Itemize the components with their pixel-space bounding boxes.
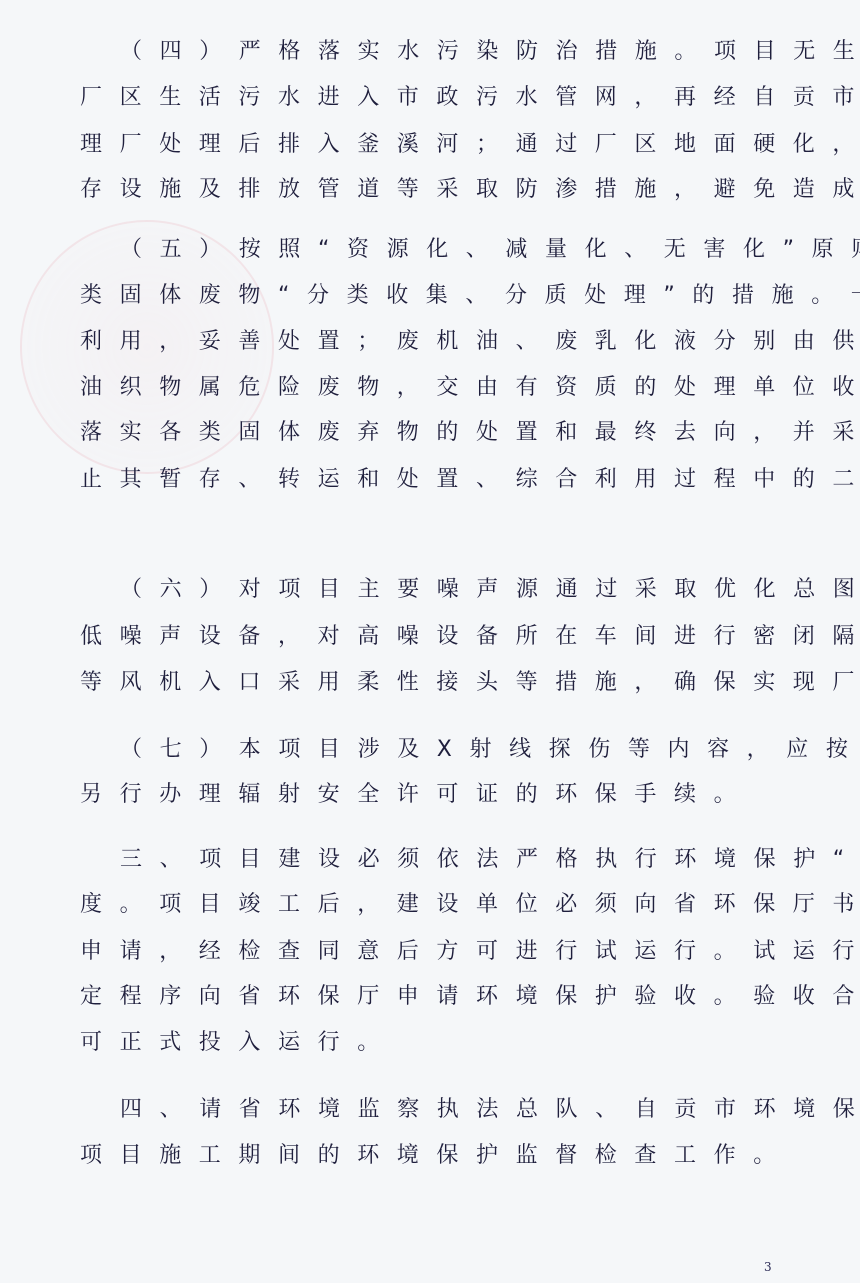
paragraph-5-line-3: 利用，妥善处置；废机油、废乳化液分别由供货商回收；含 bbox=[80, 328, 810, 356]
section-4-line-1: 四、请省环境监察执法总队、自贡市环境保护局负责该 bbox=[120, 1096, 850, 1124]
section-3-line-3: 申请，经检查同意后方可进行试运行。试运行期间必须按规 bbox=[80, 938, 810, 966]
paragraph-6-line-2: 低噪声设备，对高噪设备所在车间进行密闭隔声，对引风机 bbox=[80, 623, 810, 651]
section-3-line-5: 可正式投入运行。 bbox=[80, 1029, 810, 1057]
document-page: （四）严格落实水污染防治措施。项目无生产废水排放， 厂区生活污水进入市政污水管网… bbox=[0, 0, 860, 1283]
paragraph-6-line-1: （六）对项目主要噪声源通过采取优化总图布置，选用 bbox=[120, 576, 850, 604]
paragraph-7-line-1: （七）本项目涉及X射线探伤等内容，应按照相关规定， bbox=[120, 736, 850, 764]
paragraph-5-line-5: 落实各类固体废弃物的处置和最终去向，并采取有效措施防 bbox=[80, 419, 810, 447]
paragraph-6-line-3: 等风机入口采用柔性接头等措施，确保实现厂界达标。 bbox=[80, 669, 810, 697]
section-3-line-1: 三、项目建设必须依法严格执行环境保护“三同时”制 bbox=[120, 846, 850, 874]
paragraph-4-line-3: 理厂处理后排入釜溪河；通过厂区地面硬化，对废水收集暂 bbox=[80, 131, 810, 159]
page-number: 3 bbox=[764, 1260, 772, 1274]
section-4-line-2: 项目施工期间的环境保护监督检查工作。 bbox=[80, 1142, 810, 1170]
section-3-line-4: 定程序向省环保厅申请环境保护验收。验收合格后，项目方 bbox=[80, 983, 810, 1011]
paragraph-5-line-2: 类固体废物“分类收集、分质处理”的措施。一般固废综合 bbox=[80, 282, 810, 310]
paragraph-5-line-6: 止其暂存、转运和处置、综合利用过程中的二次污染。 bbox=[80, 466, 810, 494]
paragraph-4-line-2: 厂区生活污水进入市政污水管网，再经自贡市代家坝污水处 bbox=[80, 84, 810, 112]
section-3-line-2: 度。项目竣工后，建设单位必须向省环保厅书面提交试运行 bbox=[80, 891, 810, 919]
paragraph-7-line-2: 另行办理辐射安全许可证的环保手续。 bbox=[80, 781, 810, 809]
paragraph-4-line-1: （四）严格落实水污染防治措施。项目无生产废水排放， bbox=[120, 38, 850, 66]
paragraph-5-line-4: 油织物属危险废物，交由有资质的处理单位收集处置；严格 bbox=[80, 374, 810, 402]
paragraph-4-line-4: 存设施及排放管道等采取防渗措施，避免造成地下水污染。 bbox=[80, 176, 810, 204]
paragraph-5-line-1: （五）按照“资源化、减量化、无害化”原则，落实各 bbox=[120, 236, 850, 264]
